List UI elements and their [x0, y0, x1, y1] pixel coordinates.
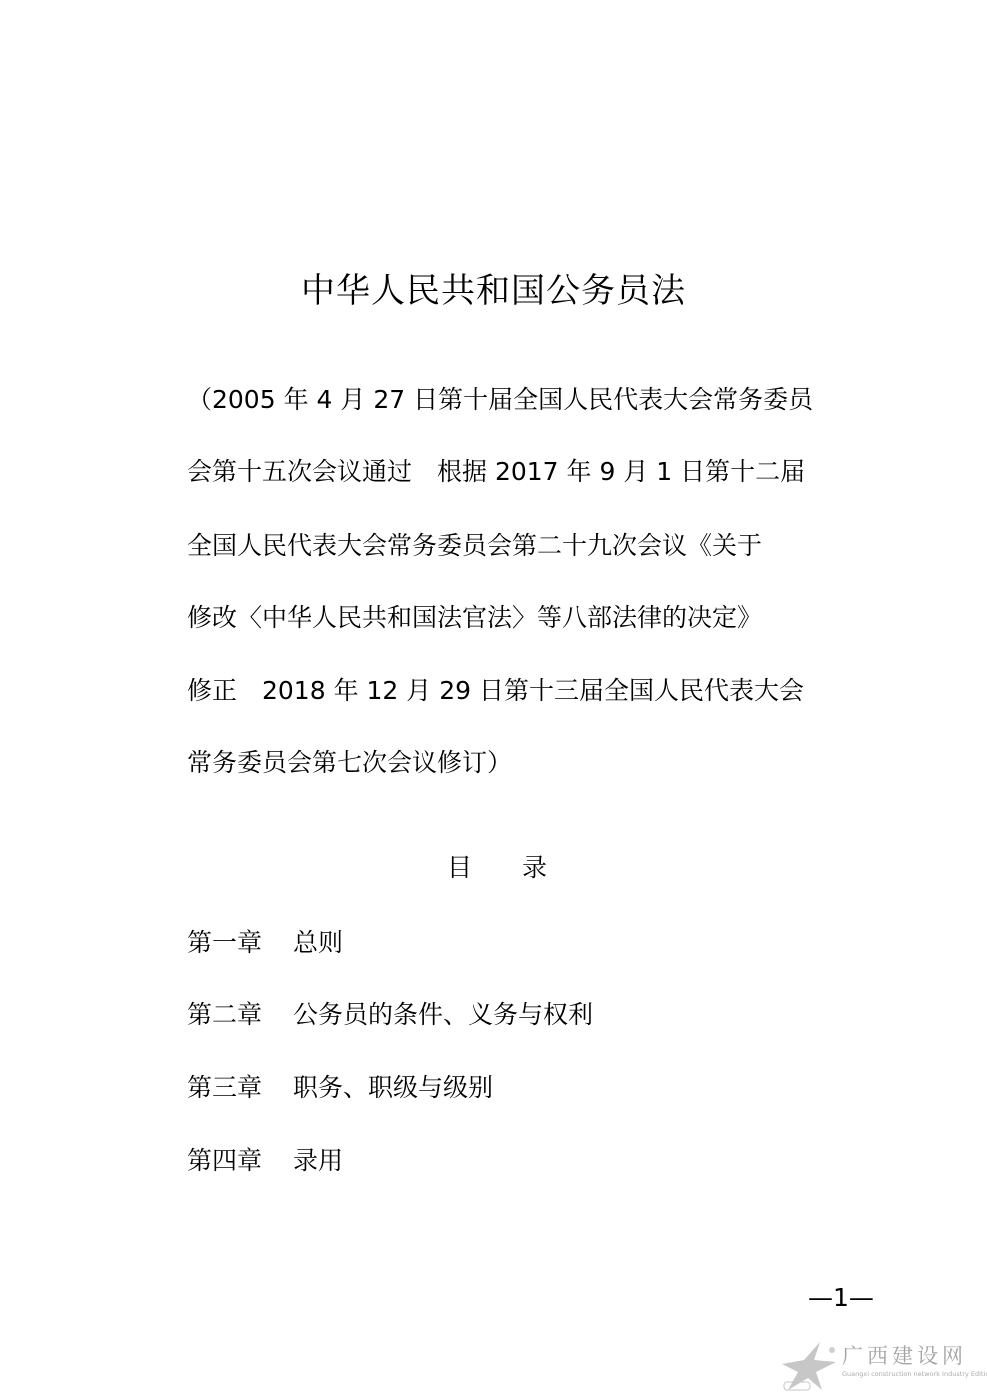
toc-item: 第三章职务、职级与级别 [187, 1072, 493, 1104]
star-logo-icon [780, 1338, 842, 1394]
toc-chapter: 第三章 [187, 1072, 293, 1104]
toc-item: 第四章录用 [187, 1145, 343, 1177]
toc-chapter: 第一章 [187, 927, 293, 959]
watermark-name: 广西建设网 [842, 1340, 967, 1370]
page-number: —1— [808, 1282, 874, 1314]
toc-chapter-name: 录用 [293, 1146, 343, 1175]
document-title: 中华人民共和国公务员法 [0, 268, 987, 314]
preamble-line-2: 会第十五次会议通过 根据 2017 年 9 月 1 日第十二届 [187, 456, 805, 488]
document-page: 中华人民共和国公务员法 （2005 年 4 月 27 日第十届全国人民代表大会常… [0, 0, 987, 1398]
toc-chapter: 第四章 [187, 1145, 293, 1177]
watermark-subtitle: Guangxi construction network Industry Ed… [842, 1370, 987, 1378]
preamble-line-5: 修正 2018 年 12 月 29 日第十三届全国人民代表大会 [187, 675, 804, 707]
toc-title: 目 录 [447, 852, 547, 884]
preamble-line-3: 全国人民代表大会常务委员会第二十九次会议《关于 [187, 530, 762, 562]
toc-chapter: 第二章 [187, 999, 293, 1031]
watermark-logo: 广西建设网 Guangxi construction network Indus… [780, 1338, 980, 1394]
preamble-line-4: 修改〈中华人民共和国法官法〉等八部法律的决定》 [187, 602, 762, 634]
toc-chapter-name: 总则 [293, 928, 343, 957]
preamble-line-6: 常务委员会第七次会议修订） [187, 747, 512, 779]
toc-item: 第一章总则 [187, 927, 343, 959]
toc-item: 第二章公务员的条件、义务与权利 [187, 999, 593, 1031]
toc-chapter-name: 公务员的条件、义务与权利 [293, 1000, 593, 1029]
toc-chapter-name: 职务、职级与级别 [293, 1073, 493, 1102]
preamble-line-1: （2005 年 4 月 27 日第十届全国人民代表大会常务委员 [187, 384, 813, 416]
